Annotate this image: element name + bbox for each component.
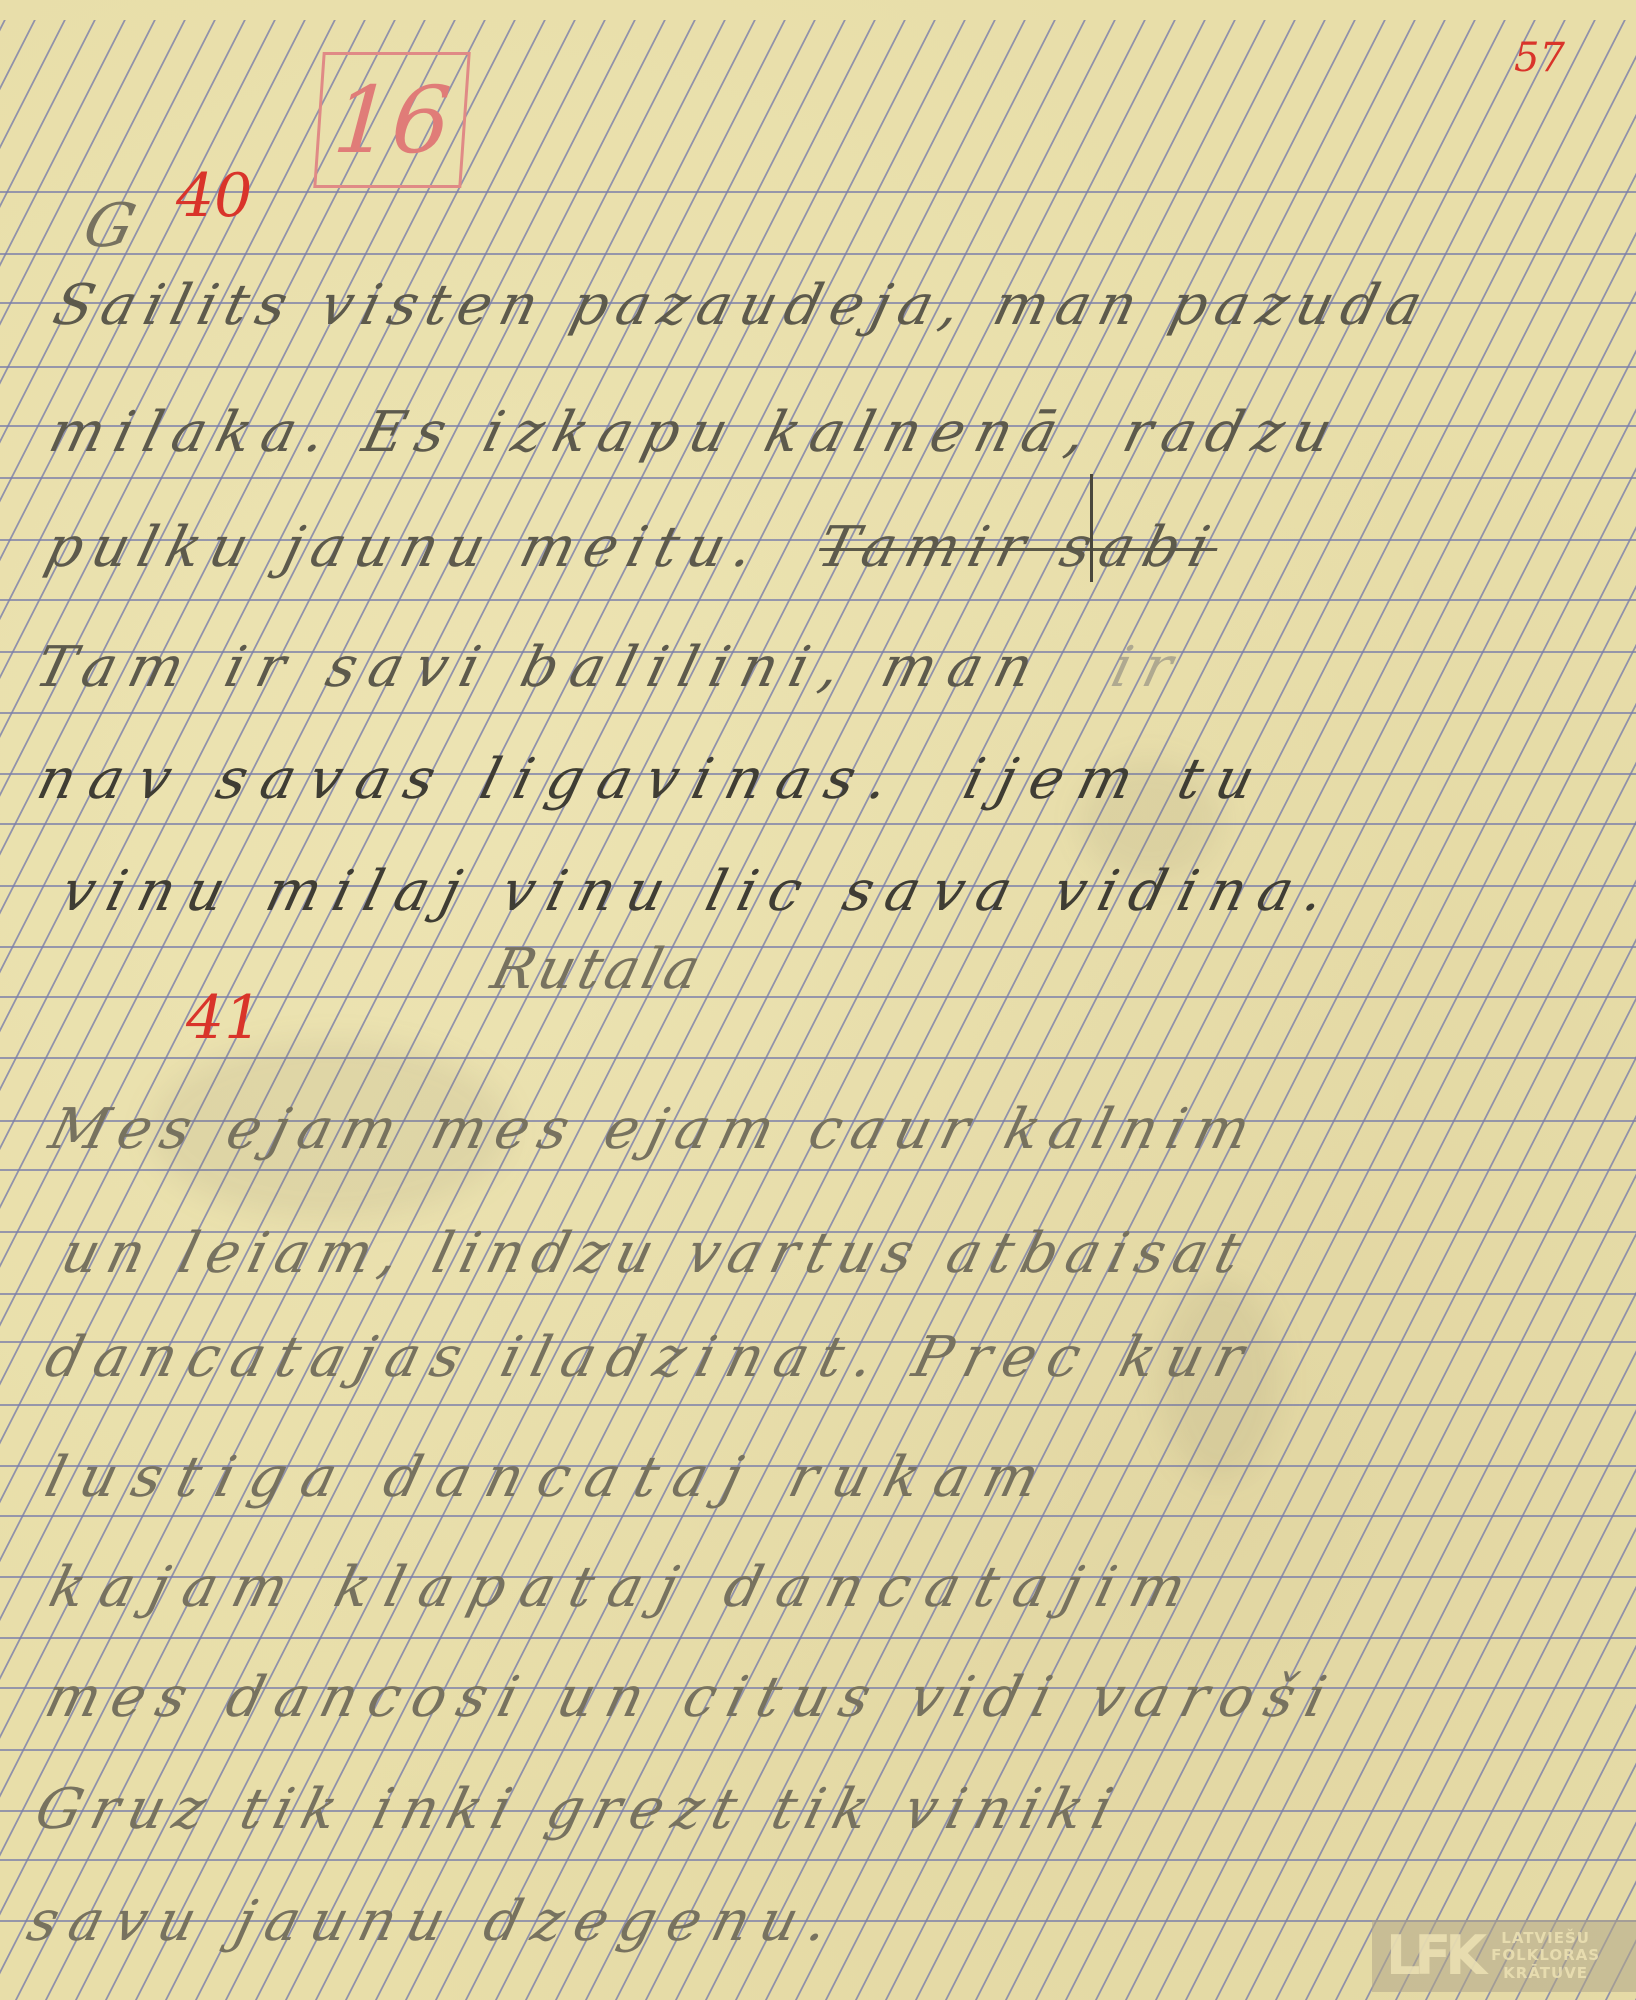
entry-number-40: 40 [176, 166, 252, 226]
entry-41-line-6: mes dancosi un citus vidi varoši [40, 1670, 1343, 1726]
entry-40-line-3: pulku jaunu meitu. Tamir sabi [40, 520, 1225, 576]
entry-40-line-5-text: nav savas ligavinas. [31, 747, 910, 812]
archive-watermark: LFK LATVIEŠU FOLKLORAS KRĀTUVE [1372, 1920, 1636, 1992]
horizontal-rule [0, 1293, 1636, 1295]
horizontal-rule [0, 1515, 1636, 1517]
horizontal-rule [0, 477, 1636, 479]
horizontal-rule [0, 1749, 1636, 1751]
entry-40-line-6: vinu milaj vinu lic sava vidina. [56, 864, 1343, 920]
entry-40-line-1: Sailits visten pazaudeja, man pazuda [48, 278, 1436, 334]
entry-41-line-3: dancatajas iladzinat. Prec kur [40, 1330, 1261, 1386]
horizontal-rule [0, 1637, 1636, 1639]
entry-40-initial: G [78, 196, 147, 256]
entry-40-line-5-tail: ijem tu [957, 747, 1276, 812]
entry-40-line-5: nav savas ligavinas. ijem tu [32, 752, 1275, 808]
horizontal-rule [0, 712, 1636, 714]
entry-40-line-4-text: Tam ir savi balilini, man [29, 635, 1052, 700]
horizontal-rule [0, 253, 1636, 255]
entry-41-line-7: Gruz tik inki grezt tik viniki [30, 1782, 1128, 1838]
pencil-insertion: ir [1105, 635, 1192, 700]
horizontal-rule [0, 1859, 1636, 1861]
page-number: 57 [1514, 38, 1565, 78]
collection-place: Rutala [486, 942, 709, 998]
entry-41-line-1: Mes ejam mes ejam caur kalnim [44, 1102, 1265, 1158]
horizontal-rule [0, 366, 1636, 368]
archive-box-number: 16 [313, 52, 471, 188]
manuscript-page: 16 57 40 41 G Sailits visten pazaudeja, … [0, 0, 1636, 2000]
horizontal-rule [0, 823, 1636, 825]
horizontal-rule [0, 946, 1636, 948]
entry-number-41: 41 [186, 988, 262, 1048]
horizontal-rule [0, 1404, 1636, 1406]
struck-out-text: Tamir sabi [812, 515, 1226, 580]
watermark-text: LATVIEŠU FOLKLORAS KRĀTUVE [1491, 1930, 1600, 1982]
entry-41-line-2: un leiam, lindzu vartus atbaisat [56, 1226, 1255, 1282]
entry-41-line-8: savu jaunu dzegenu. [22, 1894, 846, 1950]
horizontal-rule [0, 599, 1636, 601]
entry-40-line-4: Tam ir savi balilini, man ir [30, 640, 1191, 696]
insertion-mark [1090, 474, 1093, 582]
lfk-logo-icon: LFK [1386, 1929, 1481, 1983]
entry-40-line-3-text: pulku jaunu meitu. [39, 515, 770, 580]
entry-41-line-4: lustiga dancataj rukam [40, 1450, 1060, 1506]
entry-40-line-2: milaka. Es izkapu kalnenā, radzu [44, 405, 1348, 461]
entry-41-line-5: kajam klapataj dancatajim [44, 1560, 1207, 1616]
